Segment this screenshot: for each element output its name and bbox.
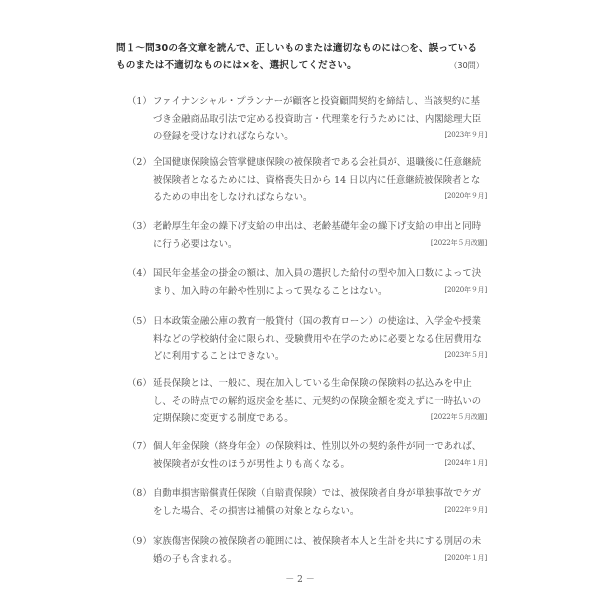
question-number: （7） — [127, 438, 153, 456]
exam-date-tag: [2022年５月改題] — [431, 235, 487, 253]
question-8: （8） 自動車損害賠償責任保険（自賠責保険）では、被保険者自身が単独事故でケガを… — [127, 485, 487, 520]
instructions: 問１～問30の各文章を読んで、正しいものまたは適切なものには○を、誤っているもの… — [116, 40, 484, 74]
question-text: 国民年金基金の掛金の額は、加入員の選択した給付の型や加入口数によって決まり、加入… — [127, 265, 487, 300]
question-text: 自動車損害賠償責任保険（自賠責保険）では、被保険者自身が単独事故でケガをした場合… — [127, 485, 487, 520]
question-text: ファイナンシャル・プランナーが顧客と投資顧問契約を締結し、当該契約に基づき金融商… — [127, 93, 487, 146]
question-7: （7） 個人年金保険（終身年金）の保険料は、性別以外の契約条件が同一であれば、被… — [127, 438, 487, 473]
question-6: （6） 延長保険とは、一般に、現在加入している生命保険の保険料の払込みを中止し、… — [127, 375, 487, 428]
question-number: （6） — [127, 375, 153, 393]
exam-date-tag: [2020年１月] — [445, 550, 487, 568]
question-5: （5） 日本政策金融公庫の教育一般貸付（国の教育ローン）の使途は、入学金や授業料… — [127, 313, 487, 366]
page-number: － 2 － — [0, 572, 600, 585]
question-text: 個人年金保険（終身年金）の保険料は、性別以外の契約条件が同一であれば、被保険者が… — [127, 438, 487, 473]
question-number: （4） — [127, 265, 153, 283]
question-number: （2） — [127, 154, 153, 172]
exam-date-tag: [2020年９月] — [445, 188, 487, 206]
question-4: （4） 国民年金基金の掛金の額は、加入員の選択した給付の型や加入口数によって決ま… — [127, 265, 487, 300]
exam-date-tag: [2024年１月] — [445, 455, 487, 473]
exam-date-tag: [2023年５月] — [445, 347, 487, 365]
question-text: 全国健康保険協会管掌健康保険の被保険者である会社員が、退職後に任意継続被保険者と… — [127, 154, 487, 207]
question-text: 日本政策金融公庫の教育一般貸付（国の教育ローン）の使途は、入学金や授業料などの学… — [127, 313, 487, 366]
question-number: （5） — [127, 313, 153, 331]
question-9: （9） 家族傷害保険の被保険者の範囲には、被保険者本人と生計を共にする別居の未婚… — [127, 533, 487, 568]
exam-date-tag: [2023年９月] — [445, 127, 487, 145]
question-number: （8） — [127, 485, 153, 503]
question-text: 家族傷害保険の被保険者の範囲には、被保険者本人と生計を共にする別居の未婚の子も含… — [127, 533, 487, 568]
question-count: （30問） — [449, 57, 484, 74]
question-1: （1） ファイナンシャル・プランナーが顧客と投資顧問契約を締結し、当該契約に基づ… — [127, 93, 487, 146]
question-number: （3） — [127, 218, 153, 236]
instructions-text: 問１～問30の各文章を読んで、正しいものまたは適切なものには○を、誤っているもの… — [116, 43, 477, 71]
question-number: （1） — [127, 93, 153, 111]
exam-date-tag: [2020年９月] — [445, 282, 487, 300]
question-number: （9） — [127, 533, 153, 551]
exam-date-tag: [2022年９月] — [445, 502, 487, 520]
question-3: （3） 老齢厚生年金の繰下げ支給の申出は、老齢基礎年金の繰下げ支給の申出と同時に… — [127, 218, 487, 253]
exam-date-tag: [2022年５月改題] — [431, 409, 487, 427]
question-2: （2） 全国健康保険協会管掌健康保険の被保険者である会社員が、退職後に任意継続被… — [127, 154, 487, 207]
document-page: 問１～問30の各文章を読んで、正しいものまたは適切なものには○を、誤っているもの… — [0, 0, 600, 600]
